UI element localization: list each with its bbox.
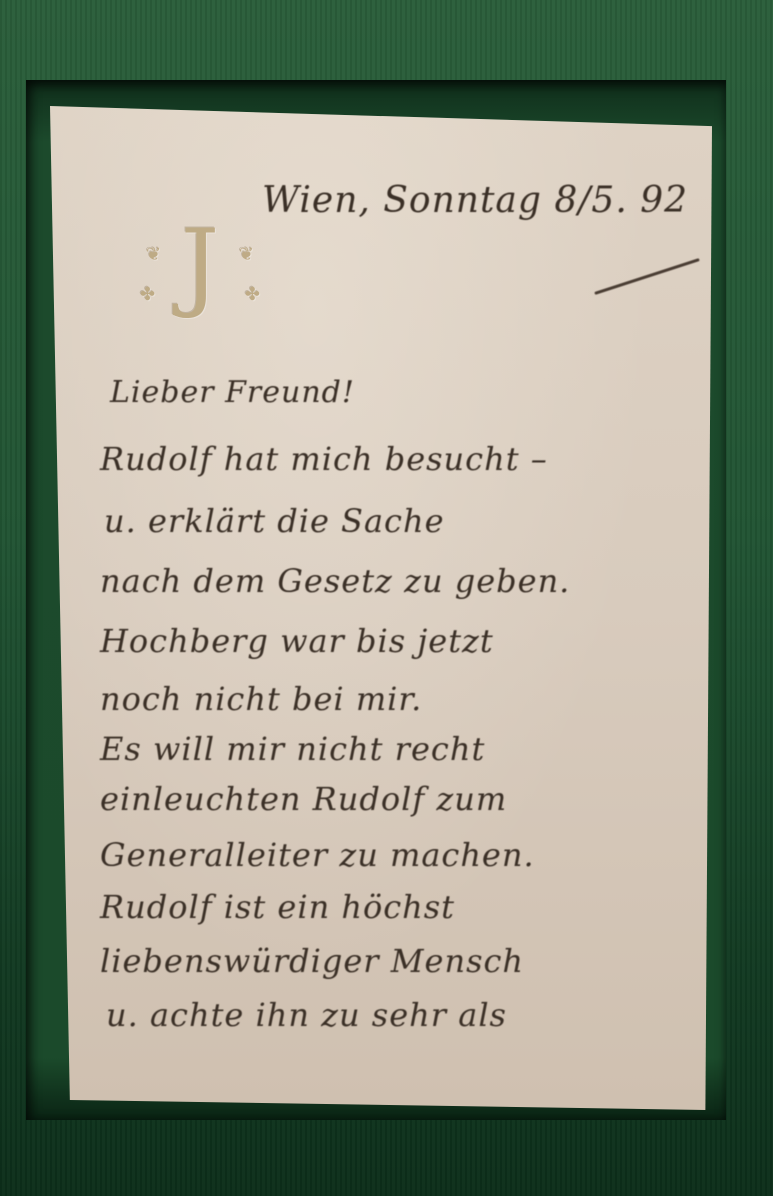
monogram-letter: J <box>181 209 219 321</box>
letter-line: Hochberg war bis jetzt <box>100 622 494 660</box>
embossed-monogram: J ✤ ✤ ❦ ❦ <box>140 200 260 330</box>
letter-line: nach dem Gesetz zu geben. <box>100 562 570 600</box>
letter-line: Generalleiter zu machen. <box>100 836 535 874</box>
letter-line: Rudolf ist ein höchst <box>100 888 455 926</box>
letter-line: einleuchten Rudolf zum <box>100 780 507 818</box>
letter-dateline: Wien, Sonntag 8/5. 92 <box>262 180 688 221</box>
letter-salutation: Lieber Freund! <box>110 375 355 410</box>
letter-line: Es will mir nicht recht <box>100 730 485 768</box>
letter-line: liebenswürdiger Mensch <box>100 942 524 980</box>
letter-line: noch nicht bei mir. <box>100 680 422 718</box>
letter-line: u. achte ihn zu sehr als <box>106 996 507 1034</box>
flourish-icon: ❦ <box>239 190 254 320</box>
flourish-icon: ❦ <box>146 190 161 320</box>
letter-line: u. erklärt die Sache <box>104 502 445 540</box>
letter-line: Rudolf hat mich besucht – <box>100 440 548 478</box>
